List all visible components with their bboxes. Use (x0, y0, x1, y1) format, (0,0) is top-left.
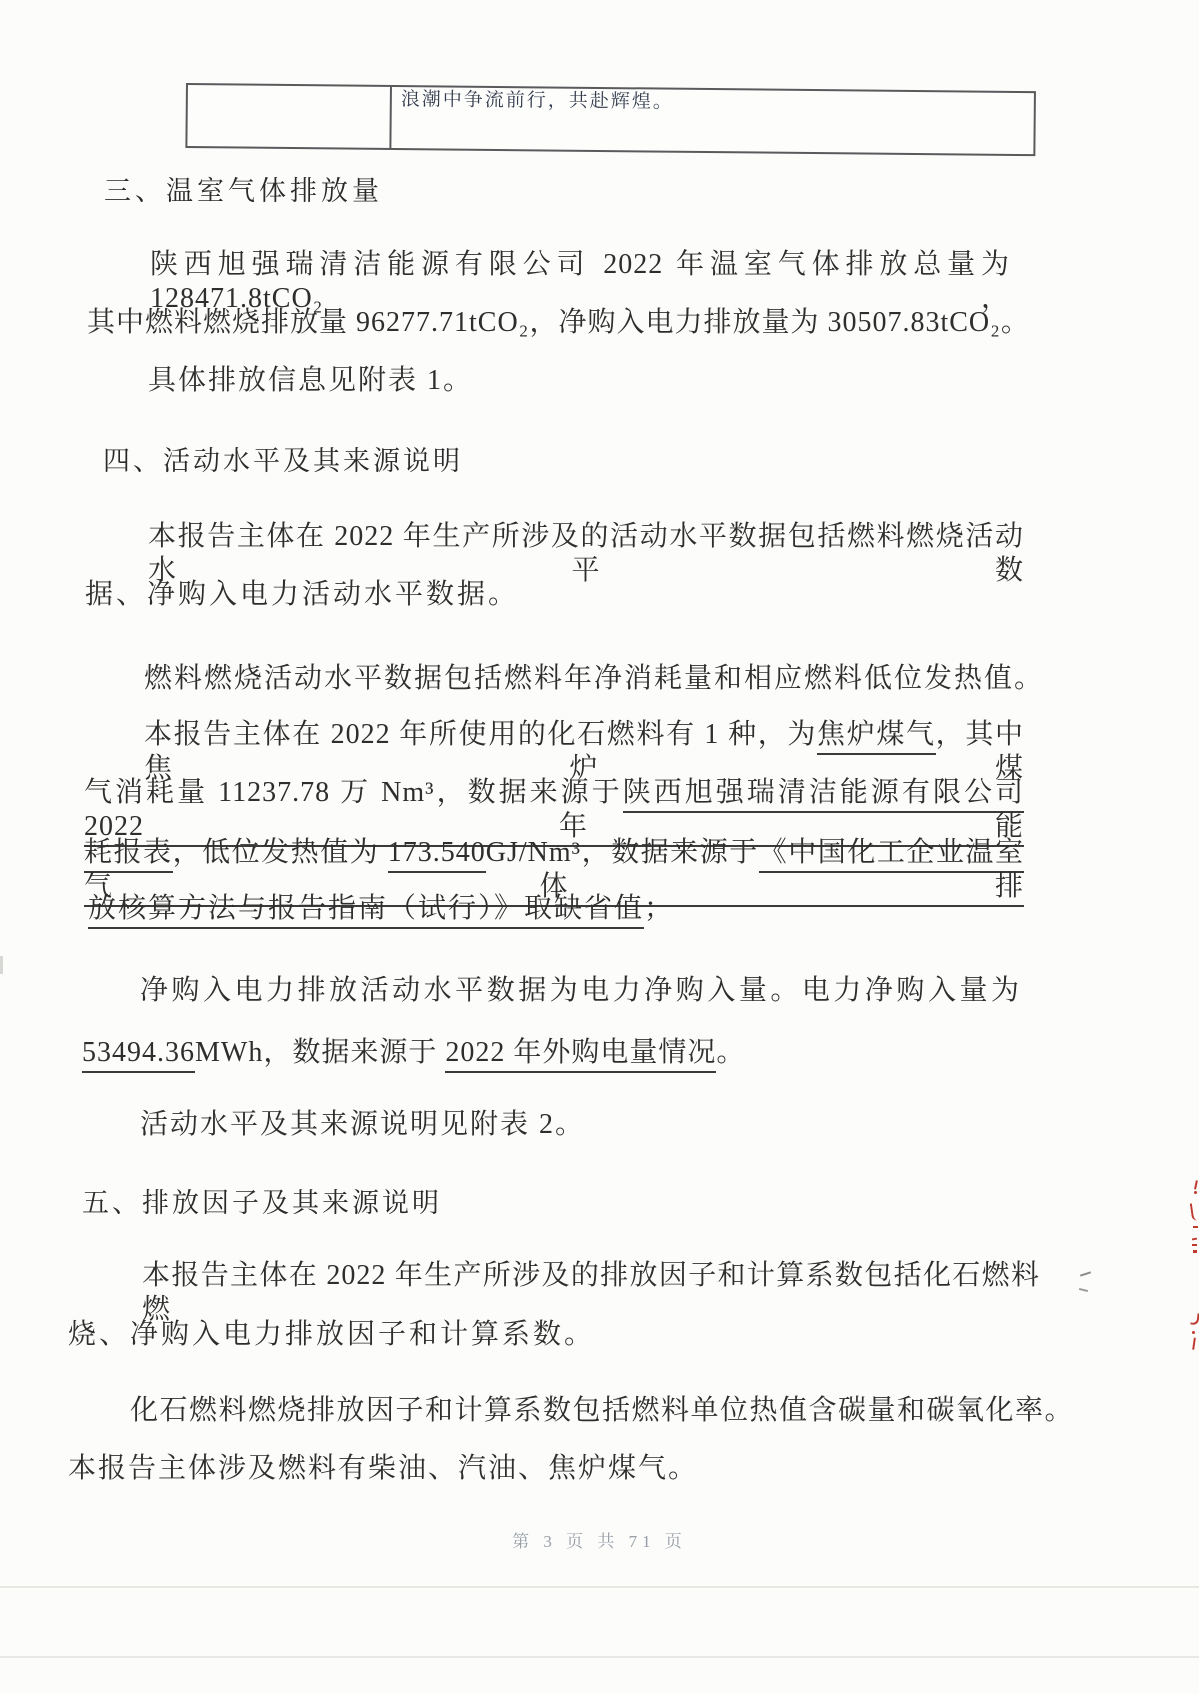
section4-paragraph4-line1: 净购入电力排放活动水平数据为电力净购入量。电力净购入量为 (140, 974, 1020, 1008)
page-number-footer: 第 3 页 共 71 页 (0, 1527, 1199, 1552)
section4-paragraph5: 活动水平及其来源说明见附表 2。 (140, 1108, 585, 1142)
text-segment: 本报告主体在 2022 年所使用的化石燃料有 1 种，为 (144, 719, 817, 750)
text-segment: GJ/Nm³，数据来源于 (486, 837, 759, 868)
red-edge-mark (1192, 1331, 1195, 1334)
text-segment: 。 (716, 1037, 745, 1068)
underlined-guideline-title-part2: 放核算方法与报告指南（试行）》取缺省值 (88, 893, 644, 929)
section4-paragraph1-line2: 据、净购入电力活动水平数据。 (85, 578, 519, 612)
red-edge-mark (1194, 1191, 1197, 1194)
underlined-electricity-source: 2022 年外购电量情况 (445, 1037, 716, 1073)
section3-heading: 三、温室气体排放量 (104, 174, 383, 208)
section4-paragraph2: 燃料燃烧活动水平数据包括燃料年净消耗量和相应燃料低位发热值。 (144, 662, 1044, 696)
section5-paragraph1-line1: 本报告主体在 2022 年生产所涉及的排放因子和计算系数包括化石燃料燃 (142, 1259, 1040, 1327)
red-edge-mark (1190, 1179, 1198, 1189)
section5-heading: 五、排放因子及其来源说明 (82, 1186, 442, 1220)
text-segment: ； (644, 893, 674, 924)
text-segment: MWh，数据来源于 (195, 1037, 445, 1068)
section5-paragraph2-line2: 本报告主体涉及燃料有柴油、汽油、焦炉煤气。 (68, 1452, 698, 1486)
section3-paragraph2: 具体排放信息见附表 1。 (148, 364, 473, 398)
section4-paragraph4-line2: 53494.36MWh，数据来源于 2022 年外购电量情况。 (82, 1036, 745, 1070)
stray-mark (1079, 1288, 1088, 1292)
table-cell-text: 浪潮中争流前行，共赴辉煌。 (391, 87, 1034, 154)
scan-artifact-line (0, 1586, 1199, 1588)
stray-mark (1080, 1271, 1091, 1276)
underlined-report-table: 耗报表 (84, 837, 173, 873)
red-edge-mark (1193, 1250, 1197, 1253)
section3-paragraph1-line2: 其中燃料燃烧排放量 96277.71tCO₂，净购入电力排放量为 30507.8… (87, 306, 1030, 340)
text-segment: 气消耗量 11237.78 万 Nm³，数据来源于 (84, 777, 623, 808)
table-cell-empty (187, 85, 392, 148)
red-edge-mark (1192, 1244, 1197, 1246)
scan-artifact-line (0, 1656, 1199, 1658)
scan-edge-sliver (0, 956, 3, 974)
red-edge-mark (1193, 1226, 1198, 1228)
section4-paragraph3-line2: 气消耗量 11237.78 万 Nm³，数据来源于陕西旭强瑞清洁能源有限公司 2… (84, 776, 1024, 844)
red-edge-mark (1192, 1238, 1197, 1241)
underlined-term-coke-oven-gas: 焦炉煤气 (817, 719, 936, 755)
red-edge-mark (1190, 1313, 1199, 1326)
red-edge-mark (1190, 1203, 1199, 1222)
text-segment: ，低位发热值为 (173, 837, 388, 868)
red-edge-mark (1192, 1338, 1199, 1351)
table-fragment: 浪潮中争流前行，共赴辉煌。 (185, 83, 1036, 156)
section5-paragraph2-line1: 化石燃料燃烧排放因子和计算系数包括燃料单位热值含碳量和碳氧化率。 (130, 1394, 1074, 1428)
underlined-electricity-amount: 53494.36 (82, 1037, 195, 1073)
section4-paragraph3-line4: 放核算方法与报告指南（试行）》取缺省值； (88, 892, 674, 926)
underlined-heating-value: 173.540 (388, 837, 486, 873)
section4-heading: 四、活动水平及其来源说明 (103, 444, 463, 478)
section5-paragraph1-line2: 烧、净购入电力排放因子和计算系数。 (68, 1318, 595, 1352)
scanned-document-page: 浪潮中争流前行，共赴辉煌。 三、温室气体排放量 陕西旭强瑞清洁能源有限公司 20… (0, 0, 1199, 1694)
